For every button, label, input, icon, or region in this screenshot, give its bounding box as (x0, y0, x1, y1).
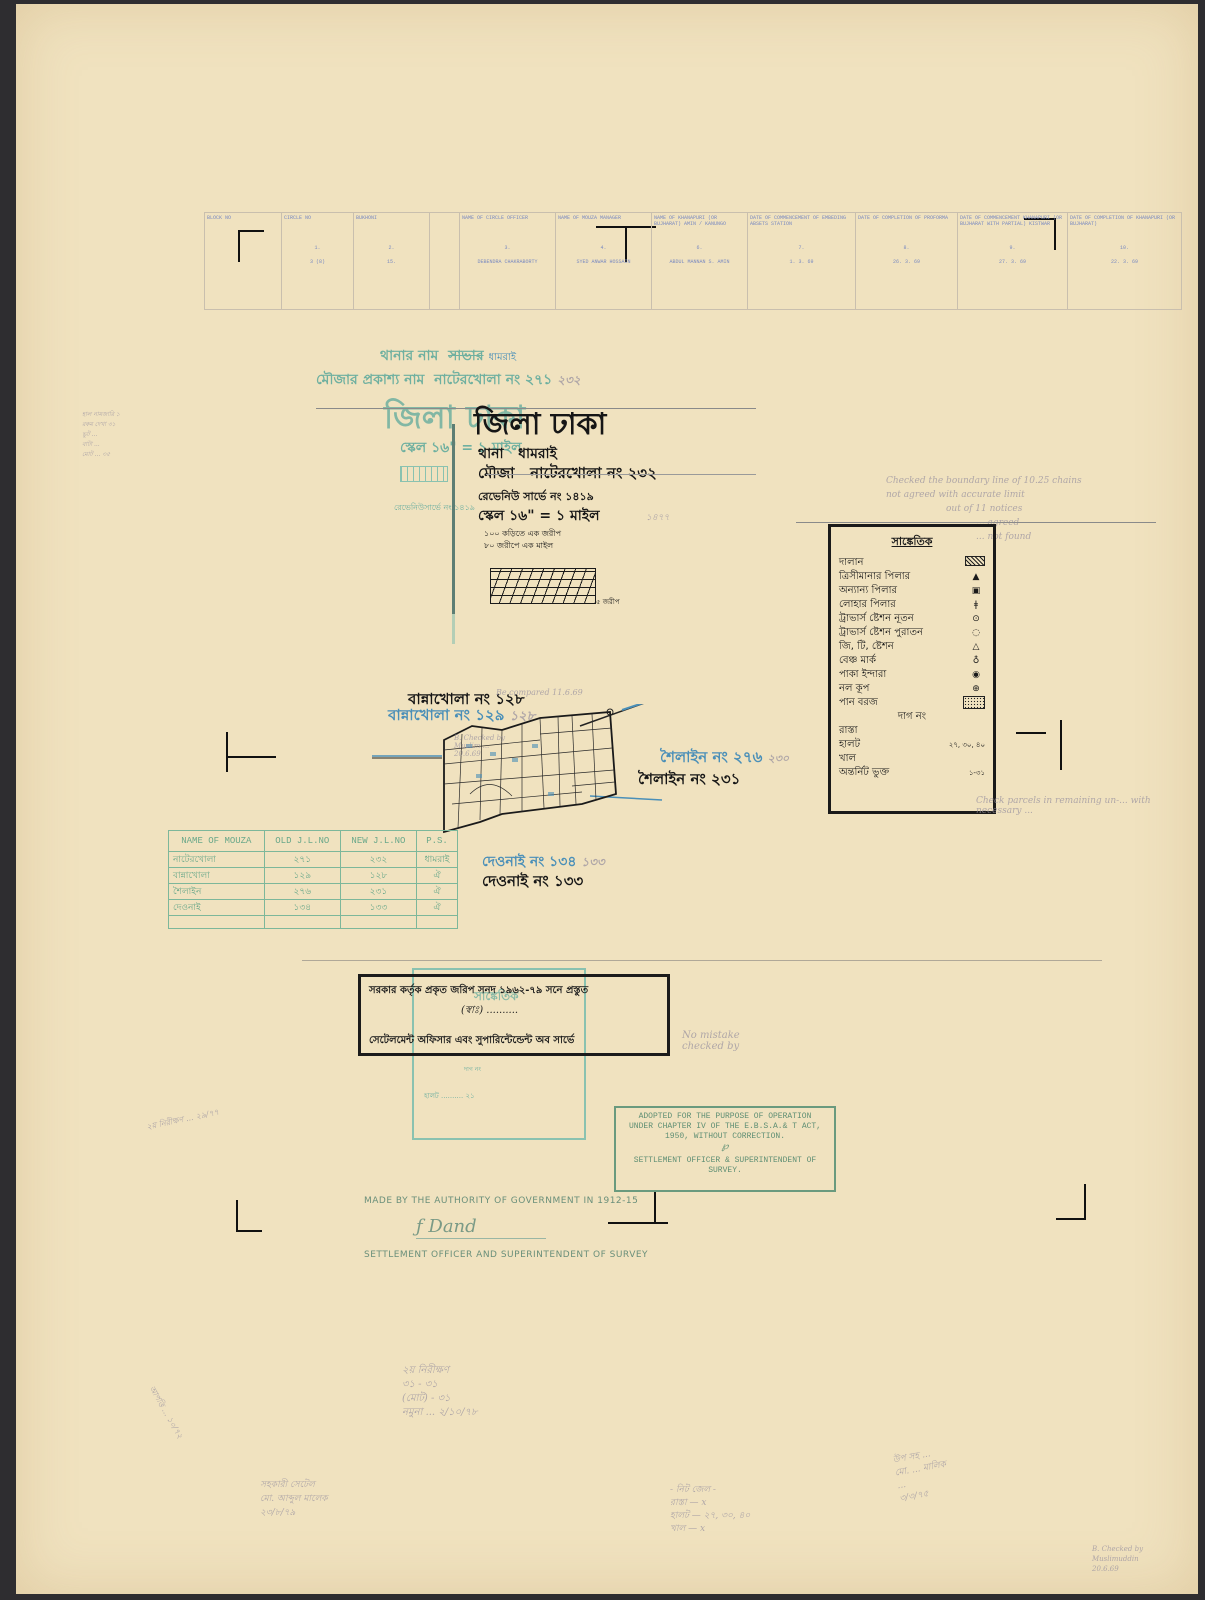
pencil-note-far-bottom-right: B. Checked by Muslimuddin 20.6.69 (1092, 1544, 1143, 1574)
crop-mark-right (1060, 720, 1063, 770)
crop-mark-right-h (1016, 732, 1046, 735)
pencil-note-bottom-center: ২য় নিরীক্ষণ ৩১ - ৩১ (মোট) - ৩১ নমুনা ..… (402, 1364, 478, 1420)
gt-station-icon: △ (967, 640, 985, 654)
register-col-date-commencement: DATE OF COMMENCEMENT OF EMBEDING ABSETS … (747, 213, 855, 309)
register-col-bukhoni: BUKHONI 2. 15. (353, 213, 429, 309)
betel-garden-icon (963, 696, 985, 709)
crop-mark-left-h (226, 756, 276, 759)
mouza-jl-table: NAME OF MOUZA OLD J.L.NO NEW J.L.NO P.S.… (168, 830, 458, 929)
table-row (169, 916, 458, 929)
footer-signature: ƒ Dand (416, 1216, 477, 1237)
title-bracket-teal (452, 424, 455, 644)
section-rule (302, 960, 1102, 961)
legend-item: অন্যান্য পিলার▣ (839, 584, 985, 598)
mouza-parcel-map (372, 704, 682, 834)
map-sheet: BLOCK NO CIRCLE NO 1. 3 (8) BUKHONI 2. 1… (16, 4, 1198, 1594)
pencil-note-bottom-right-list: - নিট জেল - রাস্তা — x হালট — ২৭, ৩০, ৪০… (670, 1484, 750, 1536)
legend-box: সাঙ্কেতিক দালান ত্রিসীমানার পিলার▲ অন্যা… (828, 524, 996, 814)
scale-bar-unit: ৫ জরীপ (596, 596, 620, 608)
register-col-circle-officer: NAME OF CIRCLE OFFICER 3. DEBENDRA CHAKR… (459, 213, 555, 309)
stamp-signature: ℘ (616, 1142, 834, 1156)
table-header-row: NAME OF MOUZA OLD J.L.NO NEW J.L.NO P.S. (169, 831, 458, 852)
tube-well-icon: ⊕ (967, 682, 985, 696)
pencil-compared-note: Be compared 11.6.69 (496, 688, 583, 697)
survey-register-table: BLOCK NO CIRCLE NO 1. 3 (8) BUKHONI 2. 1… (204, 212, 1182, 310)
legend-item: জি, টি, ষ্টেশন△ (839, 640, 985, 654)
table-row: নাটেরখোলা২৭১২৩২ধামরাই (169, 852, 458, 868)
crop-mark-bottom-center-v (654, 1192, 657, 1222)
legend-item: পাকা ইন্দারা◉ (839, 668, 985, 682)
legend-plot-item: অন্তর্নিট ভুক্ত১-৩১ (839, 766, 985, 780)
scale-statement: স্কেল ১৬" = ১ মাইল (478, 504, 600, 528)
crop-mark-bottom-left (236, 1200, 262, 1232)
pencil-note-right-mid: Check parcels in remaining un-... with n… (976, 796, 1196, 816)
south-neighbor-new: দেওনাই নং ১৩৩ (482, 870, 583, 895)
old-mouza-line: মৌজার প্রকাশ্য নাম নাটেরখোলা নং ২৭১ ২৩২ (316, 368, 581, 392)
table-row: শৈলাইন২৭৬২৩১ঐ (169, 884, 458, 900)
chain-note-2: ৮০ জরীপে এক মাইল (484, 540, 553, 553)
legend-plot-item: হালট২৭, ৩০, ৪০ (839, 738, 985, 752)
traverse-station-new-icon: ⊙ (967, 612, 985, 626)
iron-pillar-icon: ǂ (967, 598, 985, 612)
bench-mark-icon: ♁ (967, 654, 985, 668)
legend-item: লোহার পিলারǂ (839, 598, 985, 612)
legend-item: ট্রাভার্স ষ্টেশন নূতন⊙ (839, 612, 985, 626)
adopted-stamp: ADOPTED FOR THE PURPOSE OF OPERATION UND… (614, 1106, 836, 1192)
made-by-authority: MADE BY THE AUTHORITY OF GOVERNMENT IN 1… (364, 1196, 638, 1206)
revenue-note: ১৪৭৭ (646, 510, 669, 525)
old-thana-line: থানার নাম সাভার ধামরাই (380, 344, 516, 368)
legend-plot-item: রাস্তা (839, 724, 985, 738)
traverse-station-old-icon: ◌ (967, 626, 985, 640)
title-guide-line (486, 474, 756, 475)
legend-item: ট্রাভার্স ষ্টেশন পুরাতন◌ (839, 626, 985, 640)
pencil-note-bottom-right-sig: উপ সহ ... মো. ... মালিক ... ৩/৩/৭৫ (892, 1446, 952, 1506)
pencil-note-bottom-left-2: আপত্তি ... ১০/৭২ (145, 1384, 186, 1442)
legend-item: বেঞ্চ মার্ক♁ (839, 654, 985, 668)
legend-top-rule (796, 522, 1156, 523)
pencil-note-bottom-left-1: ২য় নিরীক্ষণ ... ২৯/৭৭ (145, 1106, 220, 1134)
pencil-notes-top-left: হাল নামজারি ১ রকম দেখা ৩১ ভুট ... বাটা .… (82, 410, 120, 460)
register-col-date-proforma: DATE OF COMPLETION OF PROFORMA 8. 26. 3.… (855, 213, 957, 309)
legend-item: নল কূপ⊕ (839, 682, 985, 696)
register-col-block: BLOCK NO (205, 213, 281, 309)
pencil-checked-note: B. Checked by Muslim ... 20.6.69 (454, 734, 514, 758)
crop-mark-bottom-center-h (608, 1222, 668, 1225)
building-hatch-icon (965, 556, 985, 566)
old-revenue-survey: রেভেনিউসার্ভে নং ১৪১৯ (394, 502, 475, 515)
legend-title: সাঙ্কেতিক (839, 533, 985, 552)
other-pillar-icon: ▣ (967, 584, 985, 598)
pencil-no-mistake-note: No mistake checked by (682, 1030, 772, 1052)
settlement-officer-caption: SETTLEMENT OFFICER AND SUPERINTENDENT OF… (364, 1250, 648, 1260)
diagonal-scale-bar (490, 568, 596, 604)
government-certification-box: সরকার কর্তৃক প্রকৃত জরিপ সনদ ১৯৬২-৭৯ সনে… (358, 974, 670, 1056)
legend-item: ত্রিসীমানার পিলার▲ (839, 570, 985, 584)
signature-line (416, 1238, 546, 1239)
register-col-mouza-manager: NAME OF MOUZA MANAGER 4. SYED ANWAR HOSS… (555, 213, 651, 309)
crop-mark-bottom-right (1056, 1184, 1086, 1220)
officer-signature: (স্বাঃ) .......... (461, 1003, 518, 1020)
legend-plot-header: দাগ নং (839, 710, 985, 724)
old-scale-bar (400, 466, 448, 482)
pucca-well-icon: ◉ (967, 668, 985, 682)
register-col-date-completion: DATE OF COMPLETION OF KHANAPURI (OR BUJH… (1067, 213, 1181, 309)
crop-mark-left (226, 732, 229, 772)
legend-item: পান বরজ (839, 696, 985, 710)
register-col-blank (429, 213, 459, 309)
tri-junction-pillar-icon: ▲ (967, 570, 985, 584)
pencil-note-bottom-sig: সহকারী সেটেল মো. আব্দুল মালেক ২৩/৮/৭৯ (260, 1478, 328, 1520)
table-row: দেওনাই১৩৪১৩৩ঐ (169, 900, 458, 916)
legend-plot-item: খাল (839, 752, 985, 766)
table-row: বান্নাখোলা১২৯১২৮ঐ (169, 868, 458, 884)
register-col-circle: CIRCLE NO 1. 3 (8) (281, 213, 353, 309)
legend-item: দালান (839, 556, 985, 570)
register-col-amin: NAME OF KHANAPURI (OR BUJHARAT) AMIN / K… (651, 213, 747, 309)
register-col-date-kistwar: DATE OF COMMENCEMENT KHANAPURI (OR BUJHA… (957, 213, 1067, 309)
